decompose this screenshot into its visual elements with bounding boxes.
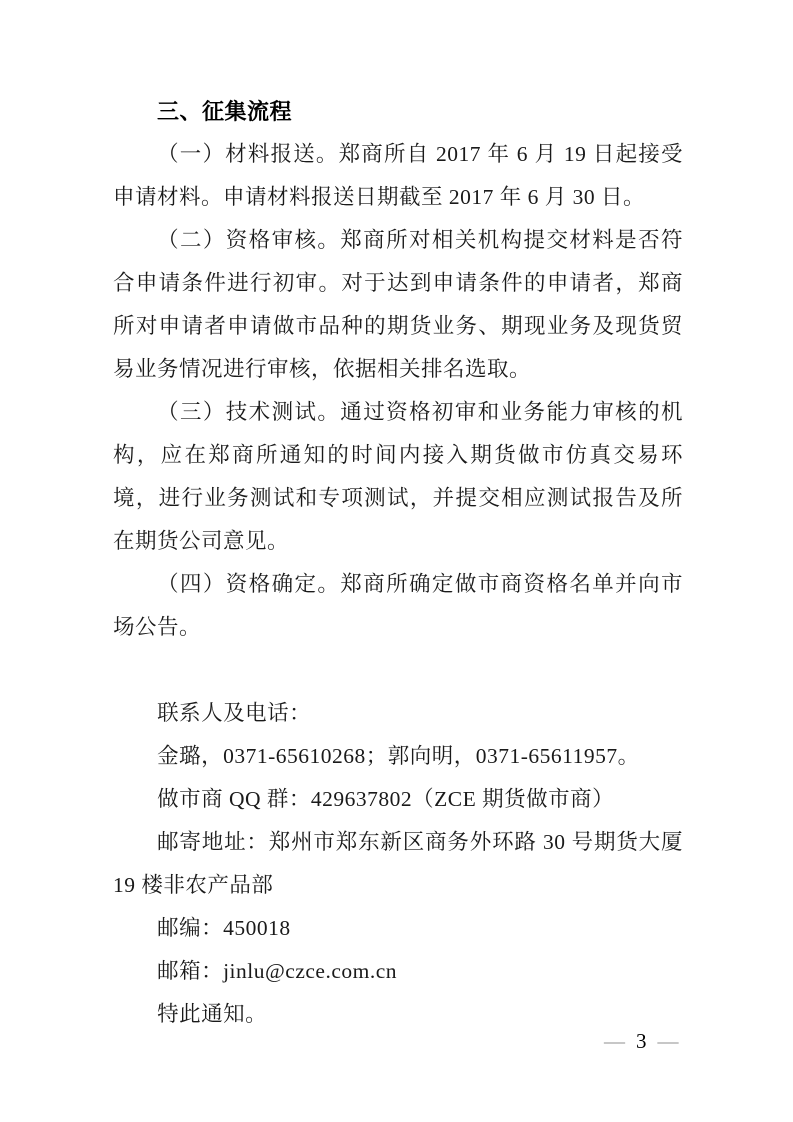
page-number: —3— <box>604 1028 679 1054</box>
paragraph-material-submission: （一）材料报送。郑商所自 2017 年 6 月 19 日起接受申请材料。申请材料… <box>113 133 683 219</box>
contact-email: 邮箱：jinlu@czce.com.cn <box>113 950 683 993</box>
notice-body: 三、征集流程 （一）材料报送。郑商所自 2017 年 6 月 19 日起接受申请… <box>113 90 683 1036</box>
contact-block: 联系人及电话： 金璐，0371-65610268；郭向明，0371-656119… <box>113 692 683 1036</box>
contact-phones: 金璐，0371-65610268；郭向明，0371-65611957。 <box>113 735 683 778</box>
notice-closing: 特此通知。 <box>113 993 683 1036</box>
contact-mailing-address: 邮寄地址：郑州市郑东新区商务外环路 30 号期货大厦 19 楼非农产品部 <box>113 821 683 907</box>
paragraph-technical-test: （三）技术测试。通过资格初审和业务能力审核的机构，应在郑商所通知的时间内接入期货… <box>113 391 683 563</box>
page-number-value: 3 <box>625 1029 658 1053</box>
paragraph-qualification-confirmation: （四）资格确定。郑商所确定做市商资格名单并向市场公告。 <box>113 563 683 649</box>
paragraph-qualification-review: （二）资格审核。郑商所对相关机构提交材料是否符合申请条件进行初审。对于达到申请条… <box>113 219 683 391</box>
contact-postcode: 邮编：450018 <box>113 907 683 950</box>
document-page: 三、征集流程 （一）材料报送。郑商所自 2017 年 6 月 19 日起接受申请… <box>0 0 793 1122</box>
contact-qq-group: 做市商 QQ 群：429637802（ZCE 期货做市商） <box>113 778 683 821</box>
page-number-dash-left: — <box>604 1029 625 1053</box>
page-number-dash-right: — <box>658 1029 679 1053</box>
contact-intro: 联系人及电话： <box>113 692 683 735</box>
section-heading: 三、征集流程 <box>113 90 683 133</box>
